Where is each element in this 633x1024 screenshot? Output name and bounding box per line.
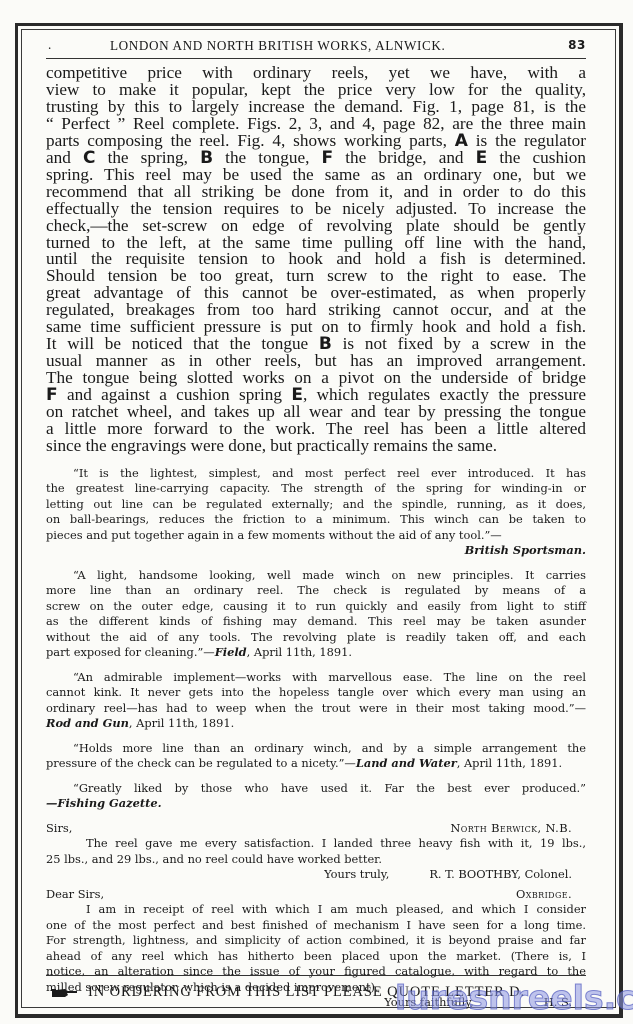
page-number: 83 — [568, 38, 586, 52]
letter-signature: R. T. BOOTHBY, Colonel. — [429, 867, 572, 883]
quote-land-and-water: “Holds more line than an ordinary winch,… — [46, 741, 586, 772]
footer-text: IN ORDERING FROM THIS LIST PLEASE QUOTE … — [88, 984, 525, 1000]
quote-source: —Fishing Gazette. — [46, 796, 586, 812]
letter-place: North Berwick, N.B. — [450, 821, 586, 837]
running-header: . LONDON AND NORTH BRITISH WORKS, ALNWIC… — [46, 36, 586, 58]
letter-salutation: Sirs, — [46, 821, 72, 837]
header-mark: . — [48, 37, 52, 53]
quote-source: Rod and Gun — [46, 716, 129, 730]
header-title: LONDON AND NORTH BRITISH WORKS, ALNWICK. — [110, 38, 445, 54]
press-quotes: “It is the lightest, simplest, and most … — [46, 466, 586, 812]
header-rule — [46, 58, 586, 59]
text-line: check,—the set-screw on edge of revolvin… — [46, 218, 586, 235]
main-paragraph: competitive price with ordinary reels, y… — [46, 65, 586, 455]
quote-rod-and-gun: “An admirable implement—works with marve… — [46, 670, 586, 732]
footer-notice: IN ORDERING FROM THIS LIST PLEASE QUOTE … — [52, 984, 592, 1001]
pointing-hand-icon — [52, 988, 78, 998]
quote-source: Field — [215, 645, 247, 659]
quote-source: Land and Water — [356, 756, 457, 770]
page-content: . LONDON AND NORTH BRITISH WORKS, ALNWIC… — [46, 36, 586, 1015]
quote-source: British Sportsman. — [46, 543, 586, 559]
letter-salutation: Dear Sirs, — [46, 887, 104, 903]
letter-north-berwick: Sirs, North Berwick, N.B. The reel gave … — [46, 821, 586, 883]
quote-fishing-gazette: “Greatly liked by those who have used it… — [46, 781, 586, 812]
footer-rule — [46, 975, 586, 976]
quote-field: “A light, handsome looking, well made wi… — [46, 568, 586, 661]
letter-closing: Yours truly, — [324, 867, 389, 883]
quote-british-sportsman: “It is the lightest, simplest, and most … — [46, 466, 586, 559]
letter-place: Oxbridge. — [516, 887, 586, 903]
text-line: since the engravings were done, but prac… — [46, 438, 586, 455]
